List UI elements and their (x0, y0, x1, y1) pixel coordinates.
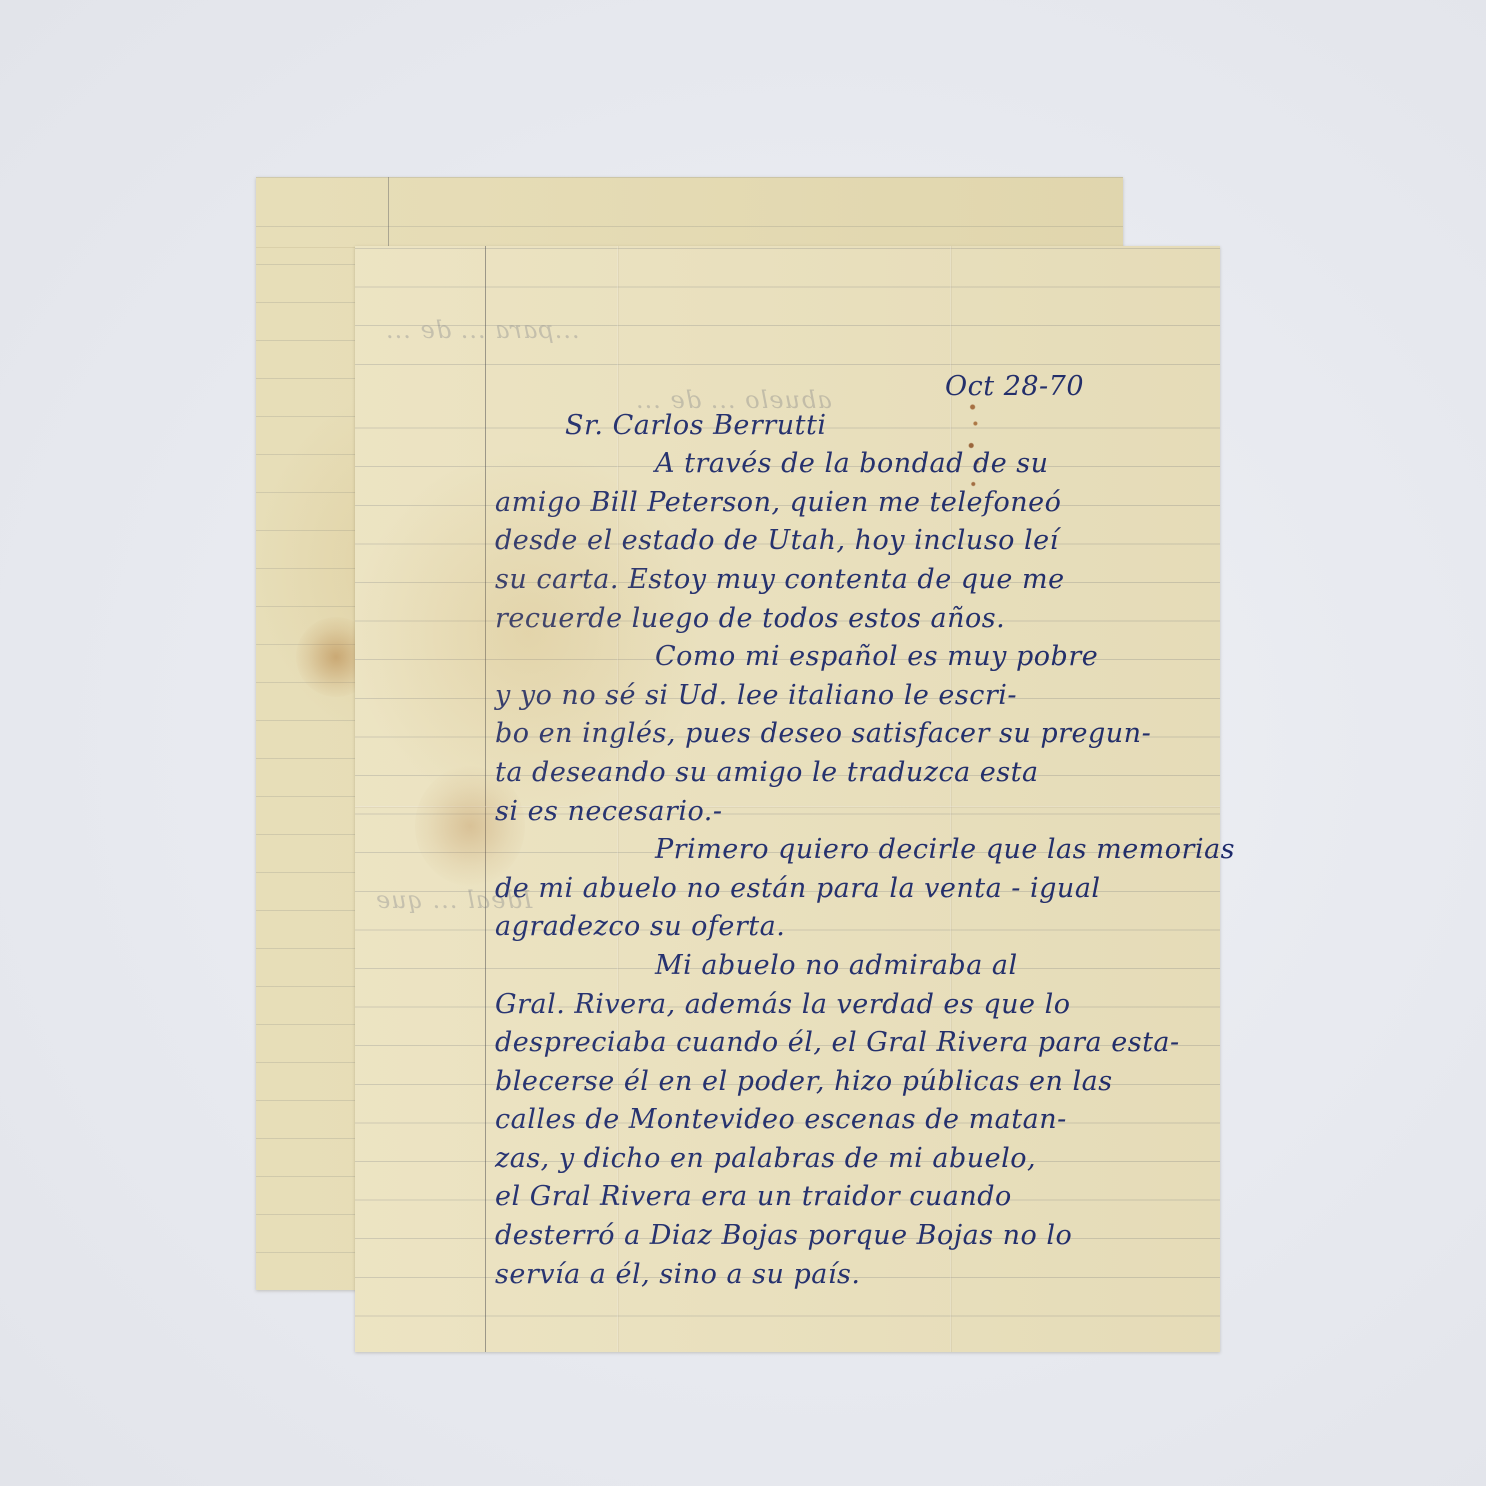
letter-line: si es necesario.- (495, 793, 1215, 832)
letter-line: Gral. Rivera, además la verdad es que lo (495, 986, 1215, 1025)
letter-line: ta deseando su amigo le traduzca esta (495, 754, 1215, 793)
letter-line: su carta. Estoy muy contenta de que me (495, 561, 1215, 600)
letter-line: el Gral Rivera era un traidor cuando (495, 1178, 1215, 1217)
letter-salutation: Sr. Carlos Berrutti (495, 407, 1215, 446)
letter-line: servía a él, sino a su país. (495, 1256, 1215, 1295)
letter-line: A través de la bondad de su (495, 445, 1215, 484)
letter-line: amigo Bill Peterson, quien me telefoneó (495, 484, 1215, 523)
letter-line: zas, y dicho en palabras de mi abuelo, (495, 1140, 1215, 1179)
letter-line: Primero quiero decirle que las memorias (495, 831, 1215, 870)
letter-line: despreciaba cuando él, el Gral Rivera pa… (495, 1024, 1215, 1063)
letter-line: calles de Montevideo escenas de matan- (495, 1101, 1215, 1140)
letter-line: bo en inglés, pues deseo satisfacer su p… (495, 715, 1215, 754)
letter-line: desde el estado de Utah, hoy incluso leí (495, 522, 1215, 561)
letter-line: y yo no sé si Ud. lee italiano le escri- (495, 677, 1215, 716)
front-letter-sheet: ...para ... de ... abuelo ... de ... Ide… (355, 246, 1220, 1352)
letter-line: Mi abuelo no admiraba al (495, 947, 1215, 986)
letter-line: Como mi español es muy pobre (495, 638, 1215, 677)
letter-body: Oct 28-70 Sr. Carlos Berrutti A través d… (495, 368, 1215, 1294)
letter-line: blecerse él en el poder, hizo públicas e… (495, 1063, 1215, 1102)
letter-line: agradezco su oferta. (495, 908, 1215, 947)
letter-line: de mi abuelo no están para la venta - ig… (495, 870, 1215, 909)
letter-date: Oct 28-70 (495, 368, 1215, 407)
show-through-text: ...para ... de ... (385, 316, 580, 344)
letter-line: recuerde luego de todos estos años. (495, 600, 1215, 639)
letter-line: desterró a Diaz Bojas porque Bojas no lo (495, 1217, 1215, 1256)
